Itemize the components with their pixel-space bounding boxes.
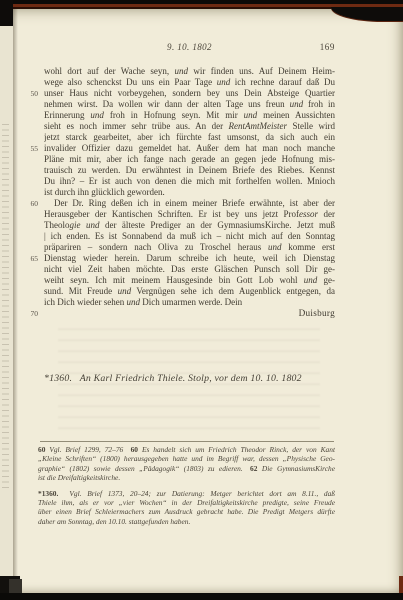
- text-segment: *1360.: [38, 489, 58, 498]
- text-segment: essor: [299, 209, 318, 219]
- text-line: jetzt starck gearbeitet, aber ich fürcht…: [44, 132, 335, 143]
- text-line: nehmen wirst. Da wollen wir dann der alt…: [44, 99, 335, 110]
- margin-line-number: 50: [22, 88, 38, 99]
- text-line: Herausgeber der Kantischen Schriften. Er…: [44, 209, 335, 220]
- text-segment: komme erst: [281, 242, 335, 252]
- text-segment: und: [118, 286, 132, 296]
- text-segment: trauisch zu werden. Du erwähntest in Dei…: [44, 165, 335, 175]
- text-segment: und: [244, 110, 258, 120]
- margin-line-number: 65: [22, 253, 38, 264]
- footnote-rule: [40, 441, 334, 442]
- text-segment: *1360.: [44, 373, 72, 384]
- text-segment: | ich enden. Es ist Sonnabend da muß ich…: [44, 231, 335, 241]
- text-line: ich Dich wieder sehen und Dich umarmen w…: [44, 297, 335, 308]
- text-segment: daher am Sonntag, den 10.10. stattgefund…: [38, 517, 190, 526]
- letter-signature: Duisburg: [44, 308, 335, 318]
- text-line: Du ihn? – Er ist auch von denen die mich…: [44, 176, 335, 187]
- footnote-line: Thiele ihm, als er vor „vier Wochen“ in …: [38, 498, 335, 507]
- text-segment: meinen Aussichten: [257, 110, 335, 120]
- text-line: | ich enden. Es ist Sonnabend da muß ich…: [44, 231, 335, 242]
- text-segment: „Kleine Schriften“ (1800) herausgegeben …: [38, 454, 335, 463]
- page-number: 169: [44, 42, 335, 52]
- text-segment: Vgl. Brief 1299, 72–76: [45, 445, 130, 454]
- text-segment: 60: [131, 445, 138, 454]
- text-line: sieht es noch immer sehr trübe aus. An d…: [44, 121, 335, 132]
- text-segment: und: [175, 66, 189, 76]
- text-line: trauisch zu werden. Du erwähntest in Dei…: [44, 165, 335, 176]
- page-content: 9. 10. 1802 169 5055606570 wohl dort auf…: [0, 0, 403, 600]
- text-segment: und: [217, 77, 231, 87]
- text-line: invalider Offizier dazu gemeldet hat. Au…: [44, 143, 335, 154]
- text-segment: ist die Dreifaltigkeitskirche.: [38, 473, 120, 482]
- text-segment: graphie“ (1802) sowie dessen „Pädagogik“…: [38, 464, 250, 473]
- text-segment: Pläne mit mir, aber ich fange nach gerad…: [44, 154, 335, 164]
- text-segment: weiht seyn. Ich mit meinem Hausgesinde b…: [44, 275, 304, 285]
- text-segment: sund. Mit Freude: [44, 286, 118, 296]
- footnote-line: ist die Dreifaltigkeitskirche.: [38, 473, 335, 482]
- footnote-line: „Kleine Schriften“ (1800) herausgegeben …: [38, 454, 335, 463]
- margin-line-number: 55: [22, 143, 38, 154]
- text-segment: An Karl Friedrich Thiele. Stolp, vor dem…: [72, 373, 302, 384]
- text-line: Der Dr. Ring deßen ich in einem meiner B…: [44, 198, 335, 209]
- footnote-line: *1360. Vgl. Brief 1373, 20–24; zur Datie…: [38, 489, 335, 498]
- text-segment: Erinnerung: [44, 110, 90, 120]
- text-segment: froh in: [303, 99, 335, 109]
- text-segment: Dich umarmen werde. Dein: [140, 297, 242, 307]
- footnote-line: 60 Vgl. Brief 1299, 72–76 60 Es handelt …: [38, 445, 335, 454]
- text-segment: sieht es noch immer sehr trübe aus. An d…: [44, 121, 229, 131]
- footnote-line: daher am Sonntag, den 10.10. stattgefund…: [38, 517, 335, 526]
- text-segment: ge-: [317, 275, 335, 285]
- text-segment: und: [304, 275, 318, 285]
- text-line: ist durch ihn glücklich geworden.: [44, 187, 335, 198]
- text-segment: Dienstag wieder herein. Darum schreibe i…: [44, 253, 335, 263]
- text-segment: Es handelt sich um Friedrich Theodor Rin…: [138, 445, 335, 454]
- text-segment: RentAmtMeister: [229, 121, 287, 131]
- text-line: präpariren – sondern nach Oliva zu Trosc…: [44, 242, 335, 253]
- text-segment: Herausgeber der Kantischen Schriften. Er…: [44, 209, 299, 219]
- text-segment: gie und: [70, 220, 100, 230]
- letter-heading: *1360. An Karl Friedrich Thiele. Stolp, …: [44, 373, 349, 384]
- text-segment: nicht viel Zeit haben möchte. Das erste …: [44, 264, 335, 274]
- text-line: Pläne mit mir, aber ich fange nach gerad…: [44, 154, 335, 165]
- text-segment: wir finden uns. Auf Deinem Heim-: [188, 66, 335, 76]
- body-text: wohl dort auf der Wache seyn, und wir fi…: [44, 66, 335, 308]
- text-segment: ist durch ihn glücklich geworden.: [44, 187, 165, 197]
- text-segment: wohl dort auf der Wache seyn,: [44, 66, 175, 76]
- text-segment: präpariren – sondern nach Oliva zu Trosc…: [44, 242, 268, 252]
- text-segment: Thiele ihm, als er vor „vier Wochen“ in …: [38, 498, 335, 507]
- text-line: wohl dort auf der Wache seyn, und wir fi…: [44, 66, 335, 77]
- text-segment: ich rechne darauf daß Du: [230, 77, 335, 87]
- text-segment: froh in Hofnung seyn. Mit mir: [104, 110, 244, 120]
- margin-line-number: 60: [22, 198, 38, 209]
- text-segment: Vergnügen sehe ich dem Augenblick entgeg…: [131, 286, 335, 296]
- footnote-line: über einen Brief Schleiermachers zum Aus…: [38, 507, 335, 516]
- text-segment: der älteste Prediger an der GymnasiumsKi…: [99, 220, 335, 230]
- margin-line-number: 70: [22, 308, 38, 319]
- text-segment: ich Dich wieder sehen: [44, 297, 126, 307]
- text-segment: Du ihn? – Er ist auch von denen die mich…: [44, 176, 335, 186]
- text-segment: Vgl. Brief 1373, 20–24; zur Datierung: M…: [58, 489, 335, 498]
- text-line: sund. Mit Freude und Vergnügen sehe ich …: [44, 286, 335, 297]
- text-segment: invalider Offizier dazu gemeldet hat. Au…: [44, 143, 335, 153]
- text-segment: Theolo: [44, 220, 70, 230]
- text-line: wege also schenckst Du uns ein Paar Tage…: [44, 77, 335, 88]
- text-segment: und: [268, 242, 282, 252]
- text-segment: unser Haus nicht vorbeygehen, sondern be…: [44, 88, 335, 98]
- book-scan: { "colors": { "page_bg": "#f1ecd9", "fra…: [0, 0, 403, 600]
- footnote: 60 Vgl. Brief 1299, 72–76 60 Es handelt …: [38, 445, 335, 483]
- text-line: Dienstag wieder herein. Darum schreibe i…: [44, 253, 335, 264]
- text-line: weiht seyn. Ich mit meinem Hausgesinde b…: [44, 275, 335, 286]
- text-line: unser Haus nicht vorbeygehen, sondern be…: [44, 88, 335, 99]
- text-line: nicht viel Zeit haben möchte. Das erste …: [44, 264, 335, 275]
- text-segment: und: [290, 99, 304, 109]
- text-segment: und: [90, 110, 104, 120]
- text-line: Erinnerung und froh in Hofnung seyn. Mit…: [44, 110, 335, 121]
- text-segment: der: [318, 209, 335, 219]
- footnote-line: graphie“ (1802) sowie dessen „Pädagogik“…: [38, 464, 335, 473]
- text-line: Theologie und der älteste Prediger an de…: [44, 220, 335, 231]
- text-segment: nehmen wirst. Da wollen wir dann der alt…: [44, 99, 290, 109]
- text-segment: wege also schenckst Du uns ein Paar Tage: [44, 77, 217, 87]
- text-segment: Der Dr. Ring deßen ich in einem meiner B…: [54, 198, 335, 208]
- footnote: *1360. Vgl. Brief 1373, 20–24; zur Datie…: [38, 489, 335, 527]
- text-segment: Die GymnasiumsKirche: [257, 464, 335, 473]
- text-segment: und: [126, 297, 140, 307]
- text-segment: jetzt starck gearbeitet, aber ich fürcht…: [44, 132, 335, 142]
- text-segment: Stelle wird: [287, 121, 335, 131]
- text-segment: über einen Brief Schleiermachers zum Aus…: [38, 507, 335, 516]
- footnotes: 60 Vgl. Brief 1299, 72–76 60 Es handelt …: [38, 445, 335, 532]
